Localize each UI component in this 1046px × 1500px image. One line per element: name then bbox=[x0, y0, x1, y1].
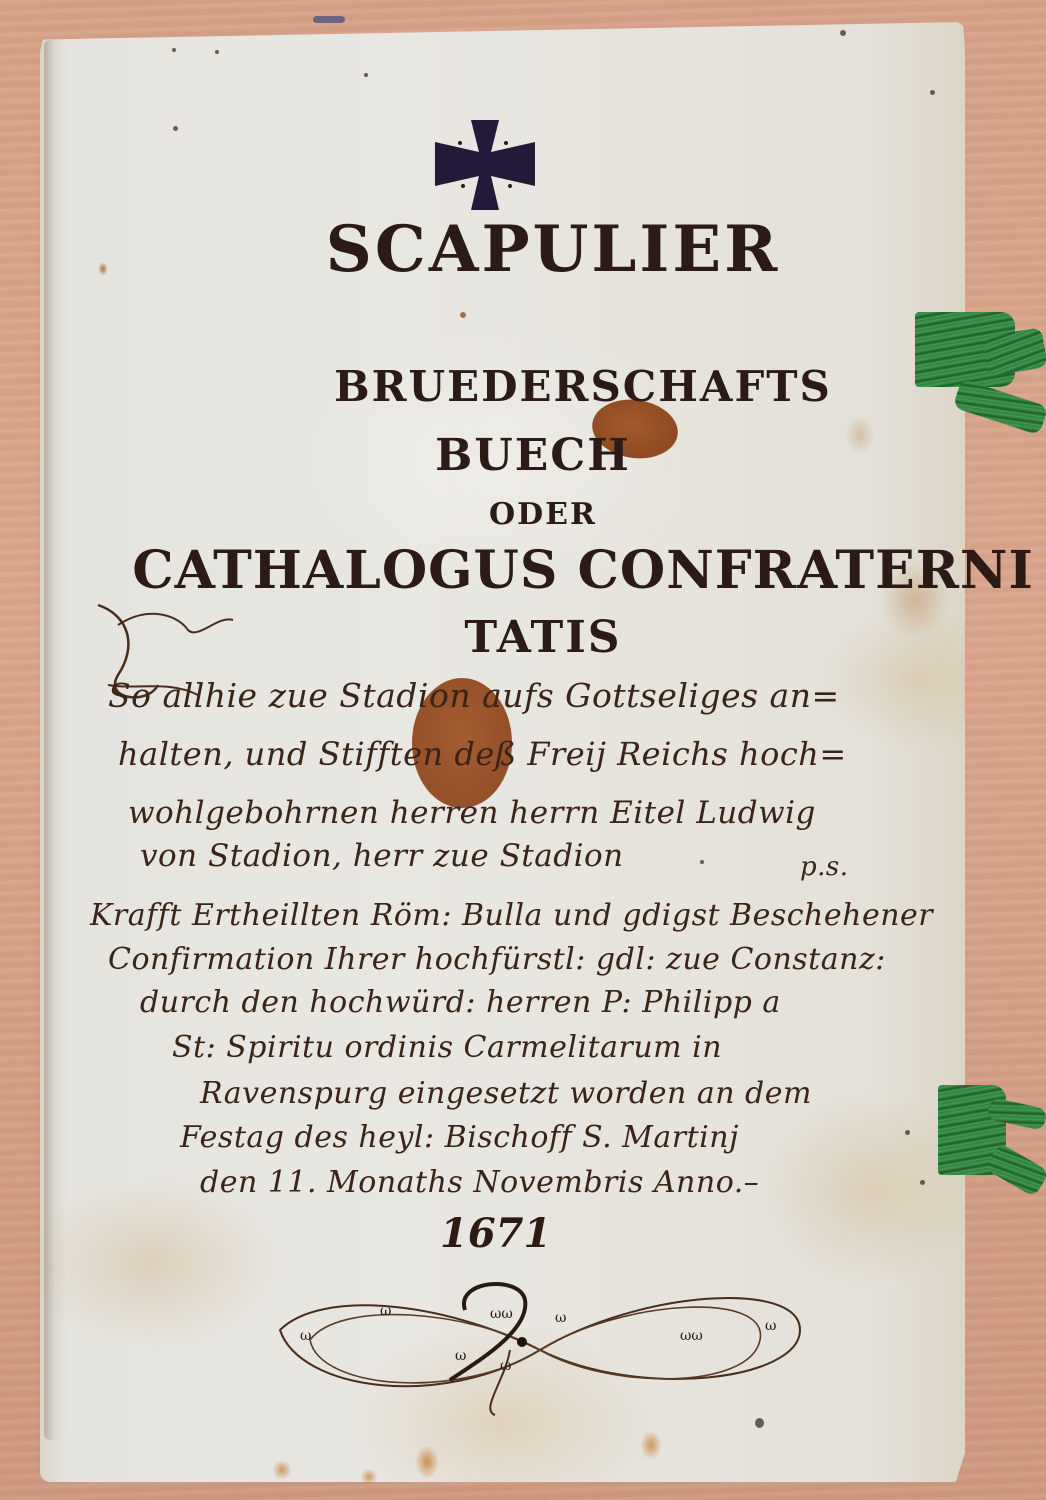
svg-text:ω: ω bbox=[455, 1348, 466, 1364]
script-line-2: halten, und Stifften deß Freij Reichs ho… bbox=[118, 735, 847, 773]
script-line-10: Festag des heyl: Bischoff S. Martinj bbox=[180, 1120, 739, 1155]
script-line-4: von Stadion, herr zue Stadion bbox=[140, 838, 624, 874]
speck bbox=[173, 126, 178, 131]
speck bbox=[172, 48, 176, 52]
script-line-3: wohlgebohrnen herren herrn Eitel Ludwig bbox=[128, 795, 816, 831]
speck bbox=[700, 860, 704, 864]
script-line-7: durch den hochwürd: herren P: Philipp a bbox=[140, 985, 781, 1020]
svg-text:ω: ω bbox=[765, 1318, 776, 1334]
script-line-11: den 11. Monaths Novembris Anno.– bbox=[200, 1165, 759, 1200]
foxing-stain bbox=[640, 1430, 662, 1460]
svg-text:ω: ω bbox=[300, 1328, 311, 1344]
pin-icon bbox=[313, 16, 345, 23]
foxing-stain bbox=[272, 1460, 292, 1480]
speck bbox=[840, 30, 846, 36]
script-line-6: Confirmation Ihrer hochfürstl: gdl: zue … bbox=[108, 942, 886, 977]
speck bbox=[905, 1130, 910, 1135]
script-line-8: St: Spiritu ordinis Carmelitarum in bbox=[172, 1030, 722, 1065]
title-oder: ODER bbox=[0, 497, 1046, 532]
foxing-stain bbox=[360, 1468, 378, 1486]
cross-pattee-icon bbox=[435, 120, 535, 210]
green-tie-lower[interactable] bbox=[938, 1085, 1046, 1205]
speck bbox=[930, 90, 935, 95]
calligraphic-flourish-bottom: ω ω ωω ω ω ω ωω ω bbox=[240, 1270, 840, 1420]
title-buech: BUECH bbox=[0, 430, 1046, 481]
script-line-5: Krafft Ertheillten Röm: Bulla und gdigst… bbox=[90, 898, 933, 933]
script-line-9: Ravenspurg eingesetzt worden an dem bbox=[200, 1076, 812, 1111]
speck bbox=[460, 312, 466, 318]
svg-text:ωω: ωω bbox=[680, 1328, 703, 1344]
speck bbox=[215, 50, 219, 54]
ps-note: p.s. bbox=[800, 852, 849, 882]
svg-text:ωω: ωω bbox=[490, 1306, 513, 1322]
title-bruederschafts: BRUEDERSCHAFTS bbox=[0, 362, 1046, 411]
year-date: 1671 bbox=[440, 1210, 551, 1257]
foxing-stain bbox=[415, 1445, 439, 1479]
manuscript-book: SCAPULIER BRUEDERSCHAFTS BUECH ODER CATH… bbox=[0, 0, 1046, 1500]
speck bbox=[920, 1180, 925, 1185]
svg-text:ω: ω bbox=[380, 1303, 391, 1319]
green-tie-upper[interactable] bbox=[915, 312, 1046, 442]
script-line-1: So allhie zue Stadion aufs Gottseliges a… bbox=[108, 676, 840, 715]
speck bbox=[364, 73, 368, 77]
svg-text:ω: ω bbox=[500, 1358, 511, 1374]
svg-text:ω: ω bbox=[555, 1310, 566, 1326]
title-scapulier: SCAPULIER bbox=[0, 212, 1046, 287]
